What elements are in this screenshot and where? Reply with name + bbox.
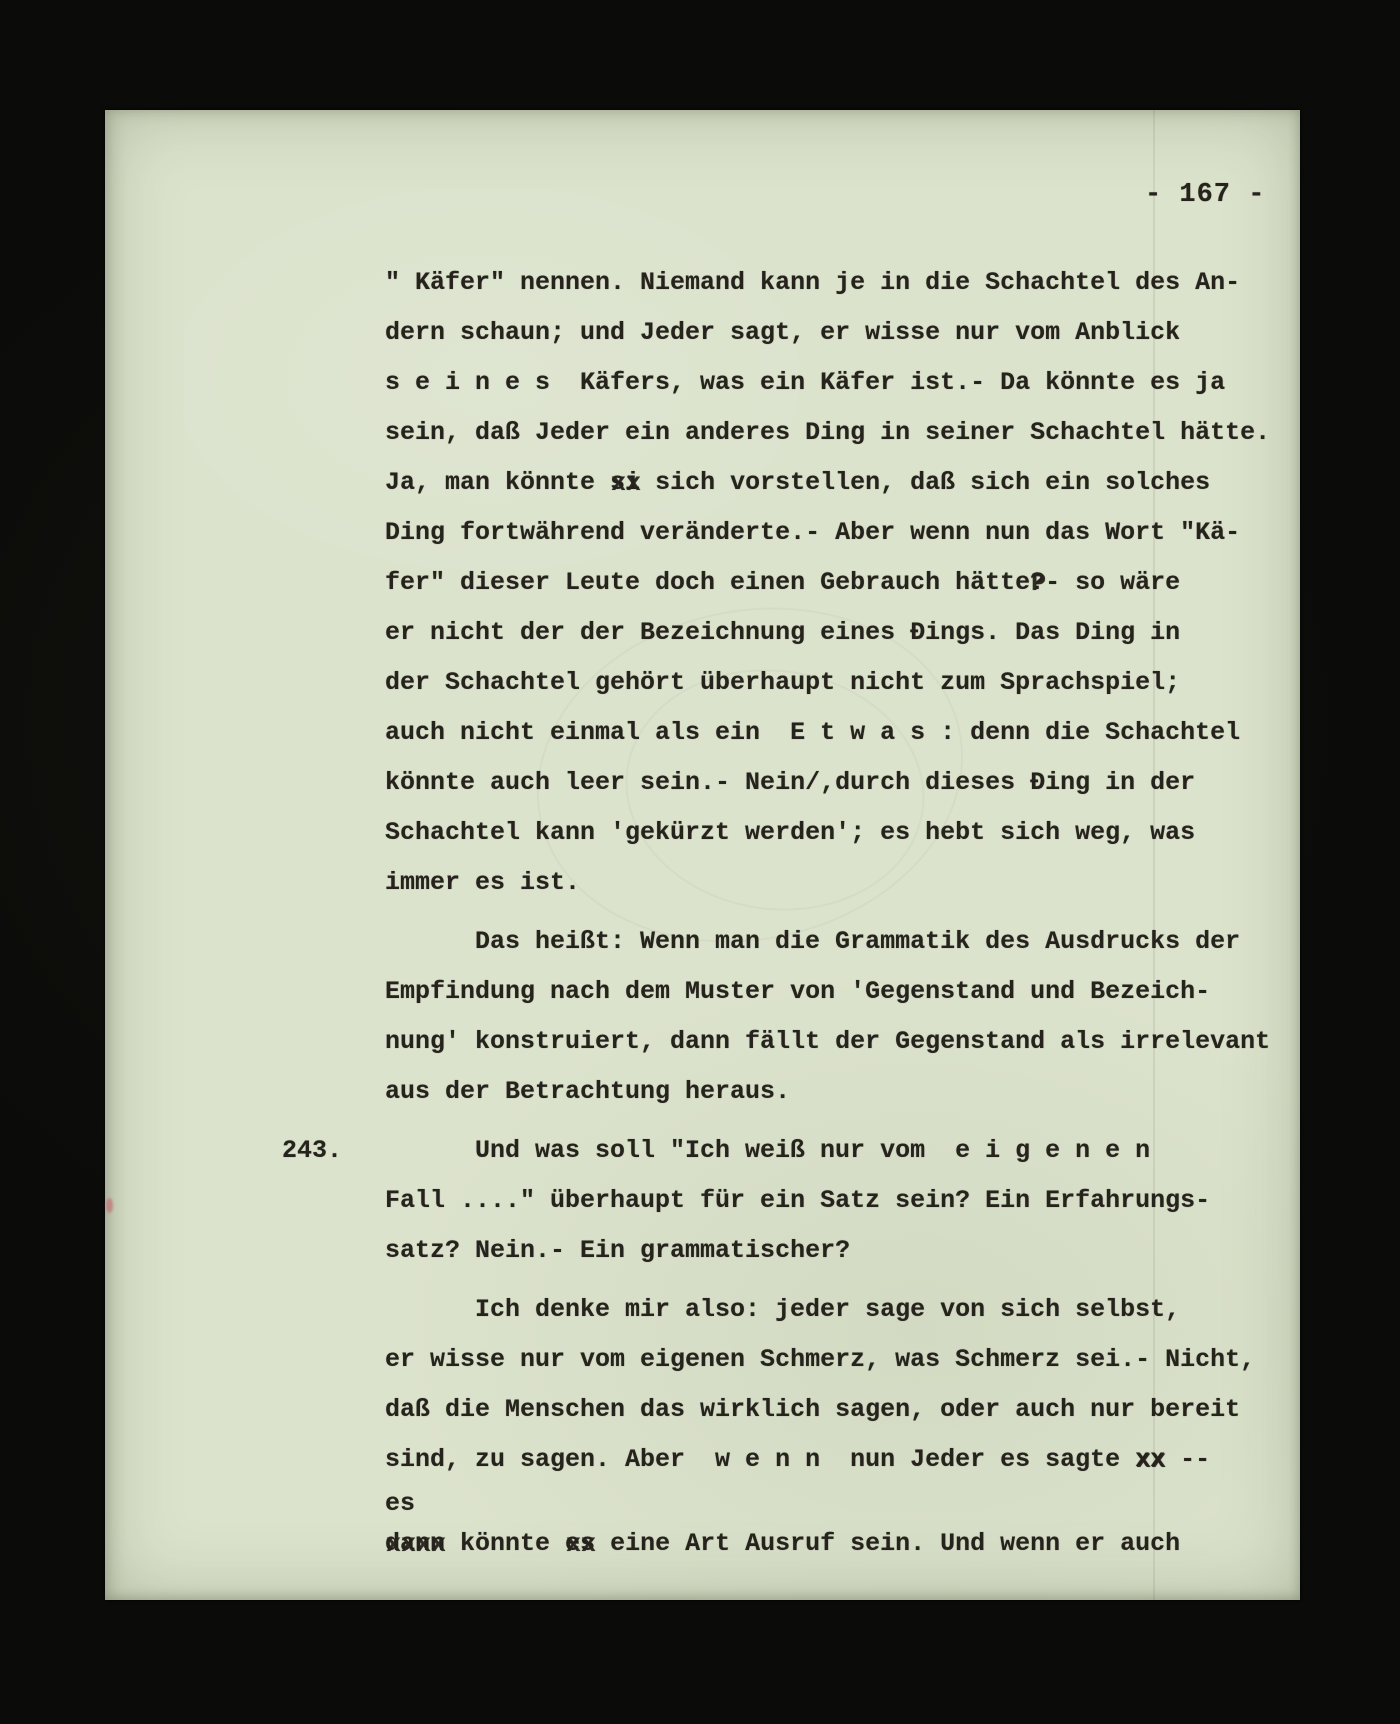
- text-line: " Käfer" nennen. Niemand kann je in die …: [385, 258, 1345, 308]
- text-segment: sein, daß Jeder ein anderes Ding in sein…: [385, 418, 1270, 447]
- text-segment: könnte auch leer sein.- Nein/,durch dies…: [385, 768, 1195, 797]
- text-segment: sind, zu sagen. Aber w e n n nun Jeder e…: [385, 1445, 1135, 1474]
- text-segment: Fall ...." überhaupt für ein Satz sein? …: [385, 1186, 1210, 1215]
- text-segment: Und was soll "Ich weiß nur vom e i g e n…: [475, 1136, 1150, 1165]
- text-segment: daß die Menschen das wirklich sagen, ode…: [385, 1395, 1240, 1424]
- text-segment: s e i n e s Käfers, was ein Käfer ist.- …: [385, 368, 1225, 397]
- text-segment: der Schachtel gehört überhaupt nicht zum…: [385, 668, 1180, 697]
- margin-section-number: 243.: [282, 1126, 342, 1176]
- text-line: er nicht der der Bezeichnung eines Ðings…: [385, 608, 1345, 658]
- text-line: s e i n e s Käfers, was ein Käfer ist.- …: [385, 358, 1345, 408]
- text-segment: Schachtel kann 'gekürzt werden'; es hebt…: [385, 818, 1195, 847]
- scan-background: - 167 - " Käfer" nennen. Niemand kann je…: [0, 0, 1400, 1724]
- text-line: auch nicht einmal als ein E t w a s : de…: [385, 708, 1345, 758]
- text-segment: Das heißt: Wenn man die Grammatik des Au…: [475, 927, 1240, 956]
- text-line: aus der Betrachtung heraus.: [385, 1067, 1345, 1117]
- text-line: Und was soll "Ich weiß nur vom e i g e n…: [385, 1126, 1345, 1176]
- overstruck-text: xx: [1135, 1435, 1165, 1485]
- text-line: satz? Nein.- Ein grammatischer?: [385, 1226, 1345, 1276]
- text-segment: " Käfer" nennen. Niemand kann je in die …: [385, 268, 1240, 297]
- text-segment: nung' konstruiert, dann fällt der Gegens…: [385, 1027, 1270, 1056]
- paragraph: Das heißt: Wenn man die Grammatik des Au…: [385, 917, 1345, 1117]
- text-line: Ich denke mir also: jeder sage von sich …: [385, 1285, 1345, 1335]
- text-line: Ding fortwährend veränderte.- Aber wenn …: [385, 508, 1345, 558]
- text-line: dann könnte es eine Art Ausruf sein. Und…: [385, 1523, 1345, 1565]
- text-line: der Schachtel gehört überhaupt nicht zum…: [385, 658, 1345, 708]
- overstruck-text: si: [610, 458, 640, 508]
- text-segment: er nicht der der Bezeichnung eines Ðings…: [385, 618, 1180, 647]
- text-block: " Käfer" nennen. Niemand kann je in die …: [385, 258, 1345, 1565]
- paragraph: 243.Und was soll "Ich weiß nur vom e i g…: [385, 1126, 1345, 1276]
- text-segment: Empfindung nach dem Muster von 'Gegensta…: [385, 977, 1210, 1006]
- text-segment: Ding fortwährend veränderte.- Aber wenn …: [385, 518, 1240, 547]
- text-segment: satz? Nein.- Ein grammatischer?: [385, 1236, 850, 1265]
- overstruck-text: es: [565, 1523, 595, 1565]
- text-segment: fer" dieser Leute doch einen Gebrauch hä…: [385, 568, 1030, 597]
- text-segment: Ja, man könnte: [385, 468, 610, 497]
- text-line: sein, daß Jeder ein anderes Ding in sein…: [385, 408, 1345, 458]
- page-number: - 167 -: [1145, 180, 1265, 210]
- paragraph: " Käfer" nennen. Niemand kann je in die …: [385, 258, 1345, 908]
- text-line: Ja, man könnte si sich vorstellen, daß s…: [385, 458, 1345, 508]
- overstruck-text: ?: [1030, 558, 1045, 608]
- text-segment: es: [385, 1489, 415, 1518]
- text-segment: auch nicht einmal als ein E t w a s : de…: [385, 718, 1240, 747]
- paragraph: Ich denke mir also: jeder sage von sich …: [385, 1285, 1345, 1565]
- text-segment: Ich denke mir also: jeder sage von sich …: [475, 1295, 1180, 1324]
- document-page: - 167 - " Käfer" nennen. Niemand kann je…: [105, 110, 1300, 1600]
- text-line: nung' konstruiert, dann fällt der Gegens…: [385, 1017, 1345, 1067]
- text-segment: könnte: [445, 1529, 565, 1558]
- text-line: Empfindung nach dem Muster von 'Gegensta…: [385, 967, 1345, 1017]
- text-segment: er wisse nur vom eigenen Schmerz, was Sc…: [385, 1345, 1255, 1374]
- text-line: immer es ist.: [385, 858, 1345, 908]
- text-segment: immer es ist.: [385, 868, 580, 897]
- paper-stain: [106, 1198, 113, 1213]
- text-line: Das heißt: Wenn man die Grammatik des Au…: [385, 917, 1345, 967]
- text-segment: dern schaun; und Jeder sagt, er wisse nu…: [385, 318, 1180, 347]
- text-segment: --: [1165, 1445, 1210, 1474]
- text-line: es: [385, 1485, 1345, 1523]
- text-line: sind, zu sagen. Aber w e n n nun Jeder e…: [385, 1435, 1345, 1485]
- text-segment: eine Art Ausruf sein. Und wenn er auch: [595, 1529, 1180, 1558]
- text-segment: sich vorstellen, daß sich ein solches: [640, 468, 1210, 497]
- text-line: fer" dieser Leute doch einen Gebrauch hä…: [385, 558, 1345, 608]
- text-line: könnte auch leer sein.- Nein/,durch dies…: [385, 758, 1345, 808]
- text-segment: - so wäre: [1045, 568, 1180, 597]
- text-segment: aus der Betrachtung heraus.: [385, 1077, 790, 1106]
- text-line: er wisse nur vom eigenen Schmerz, was Sc…: [385, 1335, 1345, 1385]
- overstruck-text: dann: [385, 1523, 445, 1565]
- text-line: dern schaun; und Jeder sagt, er wisse nu…: [385, 308, 1345, 358]
- text-line: Fall ...." überhaupt für ein Satz sein? …: [385, 1176, 1345, 1226]
- text-line: daß die Menschen das wirklich sagen, ode…: [385, 1385, 1345, 1435]
- text-line: Schachtel kann 'gekürzt werden'; es hebt…: [385, 808, 1345, 858]
